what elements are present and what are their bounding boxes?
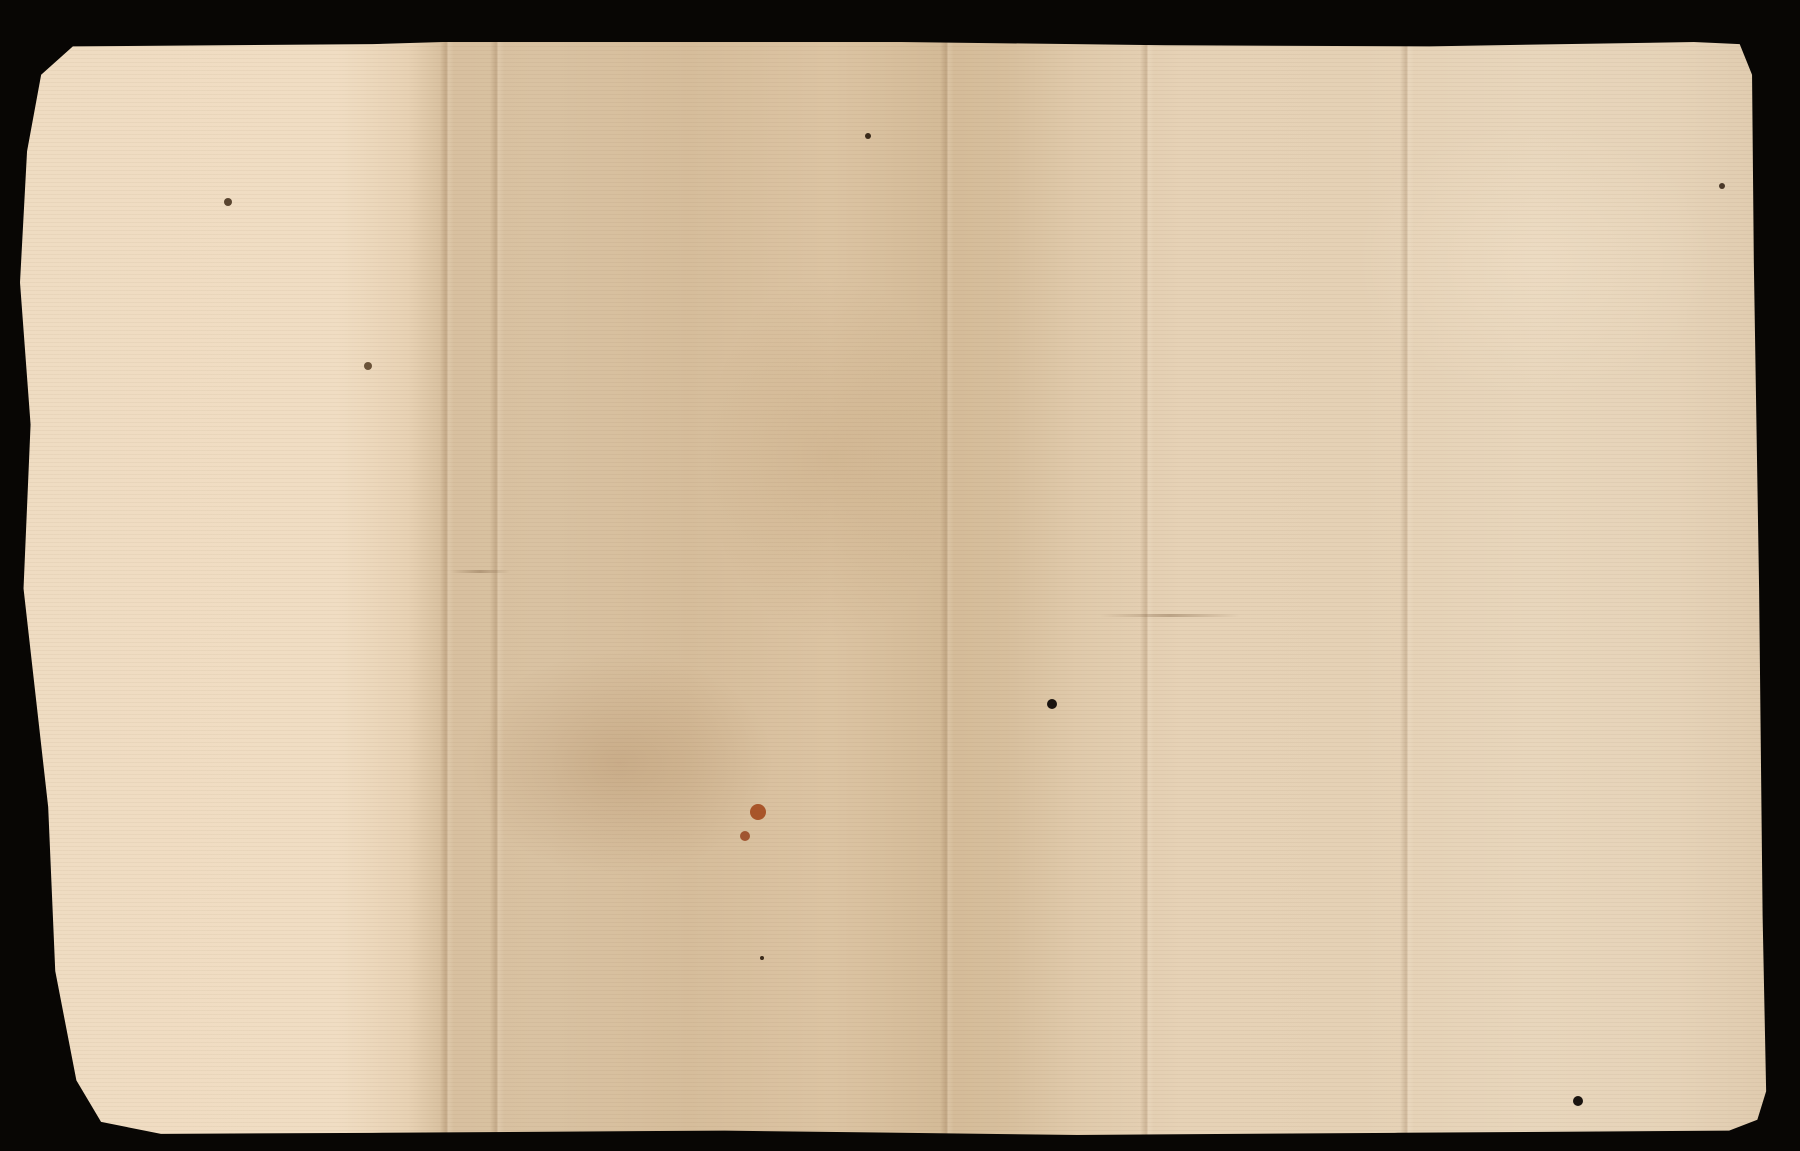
foxing-spot	[740, 831, 750, 841]
foxing-spot	[760, 956, 764, 960]
foxing-spot	[1573, 1096, 1583, 1106]
foxing-spot	[364, 362, 372, 370]
foxing-spot	[1719, 183, 1725, 189]
fold-line	[490, 42, 504, 1135]
fold-line	[1140, 42, 1154, 1135]
horizontal-crease	[450, 570, 510, 573]
paper-texture	[20, 42, 1782, 1135]
foxing-spot	[750, 804, 766, 820]
horizontal-crease	[1100, 614, 1240, 617]
foxing-spot	[1047, 699, 1057, 709]
aged-paper-sheet	[20, 42, 1782, 1135]
fold-line	[440, 42, 454, 1135]
foxing-spot	[865, 133, 871, 139]
foxing-spot	[224, 198, 232, 206]
fold-line	[940, 42, 954, 1135]
fold-line	[1400, 42, 1414, 1135]
